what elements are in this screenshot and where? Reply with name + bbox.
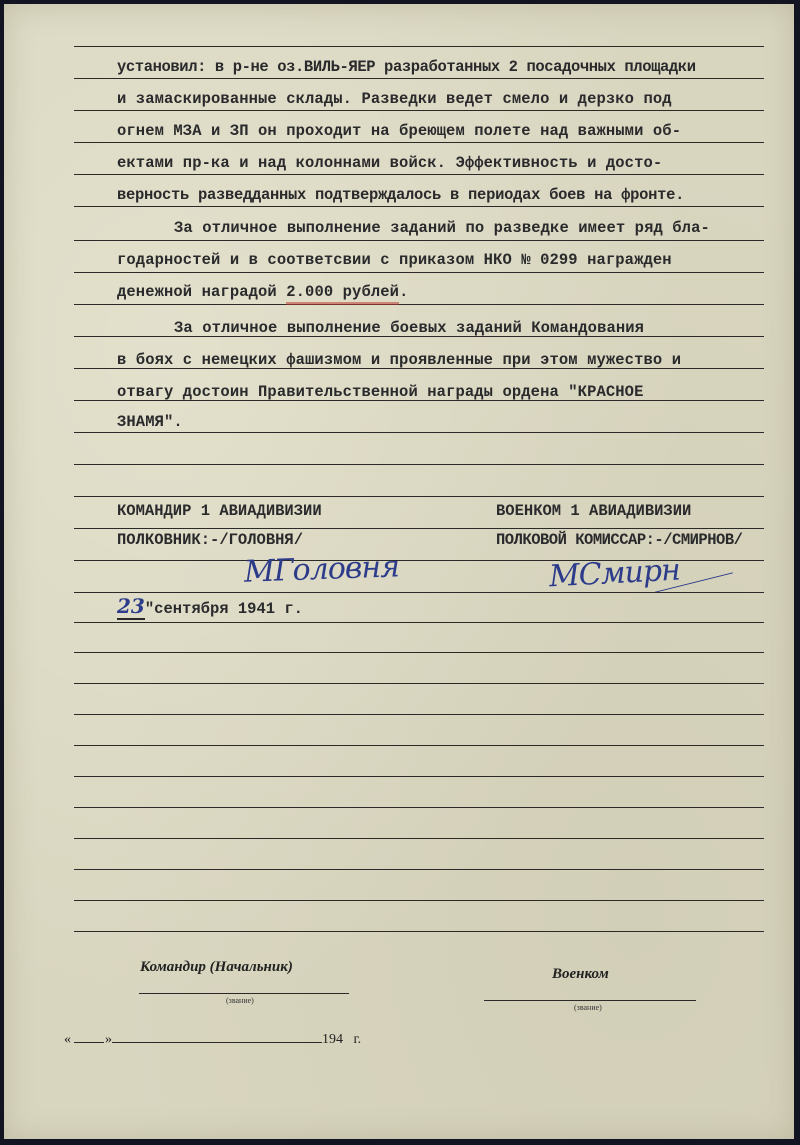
reward-amount: 2.000 рублей xyxy=(286,283,399,305)
body-line: денежной наградой 2.000 рублей. xyxy=(117,283,408,301)
ruled-line xyxy=(74,78,764,79)
document-page: установил: в р-не оз.ВИЛЬ-ЯЕР разработан… xyxy=(4,4,794,1139)
body-line: и замаскированные склады. Разведки ведет… xyxy=(117,90,672,108)
commissar-rank-name: ПОЛКОВОЙ КОМИССАР:-/СМИРНОВ/ xyxy=(496,531,742,549)
form-commissar-caption: (звание) xyxy=(574,1003,602,1012)
ruled-line xyxy=(74,652,764,653)
ruled-line xyxy=(74,900,764,901)
form-year-suffix: 194 г. xyxy=(322,1032,361,1048)
ruled-line xyxy=(74,745,764,746)
body-line: в боях с немецких фашизмом и проявленные… xyxy=(117,351,681,369)
ruled-line xyxy=(74,622,764,623)
ruled-line xyxy=(74,206,764,207)
ruled-line xyxy=(74,807,764,808)
form-commander-line xyxy=(139,993,349,994)
body-line: ЗНАМЯ". xyxy=(117,413,183,431)
body-line: отвагу достоин Правительственной награды… xyxy=(117,383,643,401)
body-line: верность разведданных подтверждалось в п… xyxy=(117,186,684,204)
date-rest: "сентября 1941 г. xyxy=(145,600,303,618)
ruled-line xyxy=(74,838,764,839)
commander-rank-name: ПОЛКОВНИК:-/ГОЛОВНЯ/ xyxy=(117,531,303,549)
reward-line-text: денежной наградой xyxy=(117,283,286,301)
ruled-line xyxy=(74,464,764,465)
ruled-line xyxy=(74,869,764,870)
form-commissar-label: Военком xyxy=(552,966,609,983)
form-commander-label: Командир (Начальник) xyxy=(140,959,293,976)
ruled-line xyxy=(74,931,764,932)
body-line: годарностей и в соответсвии с приказом Н… xyxy=(117,251,672,269)
commissar-signature: МСмирн xyxy=(548,553,680,595)
body-line: установил: в р-не оз.ВИЛЬ-ЯЕР разработан… xyxy=(117,58,696,76)
reward-line-end: . xyxy=(399,283,408,301)
ruled-line xyxy=(74,714,764,715)
body-line: За отличное выполнение боевых заданий Ко… xyxy=(174,319,644,337)
body-line: огнем МЗА и ЗП он проходит на бреющем по… xyxy=(117,122,681,140)
ruled-line xyxy=(74,496,764,497)
form-commander-caption: (звание) xyxy=(226,996,254,1005)
ruled-line xyxy=(74,592,764,593)
ruled-line xyxy=(74,776,764,777)
form-commissar-line xyxy=(484,1000,696,1001)
ruled-line xyxy=(74,110,764,111)
commander-signature: МГоловня xyxy=(243,549,399,589)
ruled-line xyxy=(74,46,764,47)
form-date-open: « xyxy=(64,1032,71,1048)
body-line: ектами пр-ка и над колоннами войск. Эффе… xyxy=(117,154,662,172)
ruled-line xyxy=(74,432,764,433)
commissar-title: ВОЕНКОМ 1 АВИАДИВИЗИИ xyxy=(496,502,691,520)
ruled-line xyxy=(74,142,764,143)
commander-title: КОМАНДИР 1 АВИАДИВИЗИИ xyxy=(117,502,322,520)
form-date-close: » xyxy=(105,1032,112,1048)
ruled-line xyxy=(74,304,764,305)
signing-date: 23"сентября 1941 г. xyxy=(117,594,303,618)
form-day-line xyxy=(74,1042,104,1043)
form-month-line xyxy=(112,1042,322,1043)
ruled-line xyxy=(74,240,764,241)
body-line: За отличное выполнение заданий по развед… xyxy=(174,219,710,237)
ruled-line xyxy=(74,683,764,684)
ruled-line xyxy=(74,528,764,529)
ruled-line xyxy=(74,174,764,175)
date-day: 23 xyxy=(117,594,145,620)
ruled-line xyxy=(74,272,764,273)
